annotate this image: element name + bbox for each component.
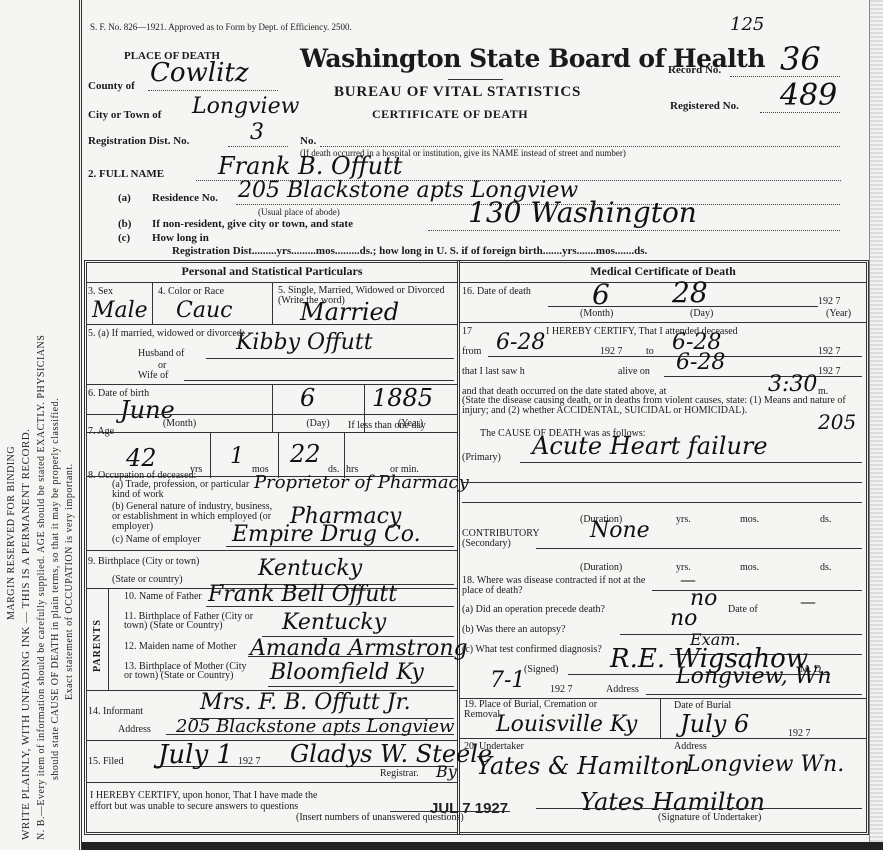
medical-heading: Medical Certificate of Death bbox=[457, 264, 869, 279]
howlong-prefix: (c) bbox=[118, 232, 130, 244]
residence-prefix: (a) bbox=[118, 192, 131, 204]
scan-bottom-edge bbox=[82, 842, 883, 850]
age-months: 1 bbox=[230, 444, 244, 469]
dod-month: 6 bbox=[592, 278, 610, 311]
date-of-value: — bbox=[800, 592, 816, 611]
sign-date: 7-1 bbox=[490, 668, 525, 693]
stamp-number: 125 bbox=[730, 14, 764, 35]
undertaker-address-value: Longview Wn. bbox=[686, 752, 844, 777]
bureau-title: BUREAU OF VITAL STATISTICS bbox=[334, 84, 581, 101]
spouse-value: Kibby Offutt bbox=[236, 330, 373, 355]
from-year: 192 7 bbox=[600, 346, 623, 357]
secondary-duration-label: (Duration) bbox=[580, 562, 622, 573]
informant-address-label: Address bbox=[118, 724, 151, 735]
city-label: City or Town of bbox=[88, 109, 161, 121]
primary-label: (Primary) bbox=[462, 452, 501, 463]
autopsy-value: no bbox=[670, 606, 697, 631]
sex-value: Male bbox=[92, 298, 148, 323]
physician-address-value: Longview, Wn bbox=[676, 664, 832, 689]
margin-occupation-text: Exact statement of OCCUPATION is very im… bbox=[64, 463, 75, 700]
father-birthplace-value: Kentucky bbox=[282, 610, 386, 635]
dod-day-caption: (Day) bbox=[690, 308, 713, 319]
footer-certify-line1: I HEREBY CERTIFY, upon honor, That I hav… bbox=[90, 790, 317, 801]
occupation-c-label: (c) Name of employer bbox=[112, 534, 201, 545]
city-value: Longview bbox=[192, 94, 299, 119]
informant-address-value: 205 Blackstone apts Longview bbox=[176, 716, 454, 737]
reg-dist-value: 3 bbox=[250, 120, 264, 145]
signed-label: (Signed) bbox=[524, 664, 558, 675]
mother-birthplace-label: 13. Birthplace of Mother (City or town) … bbox=[124, 662, 254, 680]
parents-label: PARENTS bbox=[92, 619, 103, 672]
county-label: County of bbox=[88, 80, 135, 92]
age-days: 22 bbox=[290, 440, 321, 468]
alive-on-label: alive on bbox=[618, 366, 650, 377]
dod-year: 192 7 bbox=[818, 296, 841, 307]
footer-certify-line2: effort but was unable to secure answers … bbox=[90, 801, 298, 812]
certify-number: 17 bbox=[462, 326, 472, 337]
nonresident-value: 130 Washington bbox=[468, 196, 697, 229]
residence-label: Residence No. bbox=[152, 192, 218, 204]
informant-value: Mrs. F. B. Offutt Jr. bbox=[200, 690, 411, 715]
secondary-ds-label: ds. bbox=[820, 562, 831, 573]
margin-nb-text: N. B.—Every item of information should b… bbox=[36, 335, 47, 840]
informant-label: 14. Informant bbox=[88, 706, 143, 717]
secondary-mos-label: mos. bbox=[740, 562, 759, 573]
occupation-c-value: Empire Drug Co. bbox=[232, 522, 421, 547]
mother-value: Amanda Armstrong bbox=[250, 636, 468, 661]
registrar-value: Gladys W. Steele bbox=[290, 740, 492, 768]
birthplace-state-label: (State or country) bbox=[112, 574, 183, 585]
received-date-stamp: JUL 7 1927 bbox=[430, 800, 508, 817]
date-of-label: Date of bbox=[728, 604, 758, 615]
alive-on-value: 6-28 bbox=[676, 350, 725, 375]
husband-label: Husband of bbox=[138, 348, 184, 359]
registered-value: 489 bbox=[780, 78, 837, 113]
personal-heading: Personal and Statistical Particulars bbox=[84, 264, 460, 279]
binding-margin: MARGIN RESERVED FOR BINDING WRITE PLAINL… bbox=[0, 0, 82, 850]
record-label: Record No. bbox=[668, 64, 721, 76]
nonresident-prefix: (b) bbox=[118, 218, 131, 230]
undertaker-address-label: Address bbox=[674, 741, 707, 752]
margin-write-plainly-text: WRITE PLAINLY, WITH UNFADING INK — THIS … bbox=[20, 429, 32, 840]
to-year: 192 7 bbox=[818, 346, 841, 357]
race-value: Cauc bbox=[176, 298, 232, 323]
autopsy-label: (b) Was there an autopsy? bbox=[462, 624, 565, 635]
reg-dist-label: Registration Dist. No. bbox=[88, 135, 189, 147]
time-of-death: 3:30 bbox=[768, 372, 817, 397]
dod-label: 16. Date of death bbox=[462, 286, 531, 297]
filed-value: July 1 bbox=[158, 740, 233, 770]
primary-cause-value: Acute Heart failure bbox=[532, 432, 768, 460]
margin-reserved-text: MARGIN RESERVED FOR BINDING bbox=[6, 446, 17, 620]
to-label: to bbox=[646, 346, 654, 357]
form-number: S. F. No. 826—1921. Approved as to Form … bbox=[90, 22, 352, 32]
cause-code: 205 bbox=[818, 410, 856, 434]
birthplace-label: 9. Birthplace (City or town) bbox=[88, 556, 199, 567]
primary-yrs-label: yrs. bbox=[676, 514, 691, 525]
no-label: No. bbox=[300, 135, 316, 147]
dod-year-caption: (Year) bbox=[826, 308, 851, 319]
filed-label: 15. Filed bbox=[88, 756, 124, 767]
primary-mos-label: mos. bbox=[740, 514, 759, 525]
undertaker-label: 20. Undertaker bbox=[464, 741, 524, 752]
nonresident-label: If non-resident, give city or town, and … bbox=[152, 218, 353, 230]
birthplace-value: Kentucky bbox=[258, 556, 362, 581]
father-birthplace-label: 11. Birthplace of Father (City or town) … bbox=[124, 612, 254, 630]
spouse-label: 5. (a) If married, widowed or divorced: bbox=[88, 328, 245, 339]
sex-label: 3. Sex bbox=[88, 286, 113, 297]
dod-month-caption: (Month) bbox=[580, 308, 613, 319]
occupation-a-label: (a) Trade, profession, or particular kin… bbox=[112, 480, 252, 500]
undertaker-value: Yates & Hamilton bbox=[476, 752, 690, 780]
alive-on-year: 192 7 bbox=[818, 366, 841, 377]
dob-month-caption: (Month) bbox=[87, 418, 272, 429]
dob-year: 1885 bbox=[372, 384, 433, 412]
operation-label: (a) Did an operation precede death? bbox=[462, 604, 605, 615]
howlong-line: Registration Dist.........yrs.........mo… bbox=[172, 245, 647, 257]
sign-year: 192 7 bbox=[550, 684, 573, 695]
margin-cause-text: should state CAUSE OF DEATH in plain ter… bbox=[50, 398, 61, 780]
death-certificate: MARGIN RESERVED FOR BINDING WRITE PLAINL… bbox=[0, 0, 883, 850]
age-years: 42 bbox=[126, 444, 157, 472]
wife-label: Wife of bbox=[138, 370, 168, 381]
scan-edge bbox=[869, 0, 883, 850]
primary-ds-label: ds. bbox=[820, 514, 831, 525]
undertaker-signature-label: (Signature of Undertaker) bbox=[658, 812, 761, 823]
test-label: (c) What test confirmed diagnosis? bbox=[462, 644, 602, 655]
registered-label: Registered No. bbox=[670, 100, 739, 112]
last-saw-label: that I last saw h bbox=[462, 366, 525, 377]
filed-year: 192 7 bbox=[238, 756, 261, 767]
from-value: 6-28 bbox=[496, 330, 545, 355]
certificate-title: CERTIFICATE OF DEATH bbox=[372, 107, 528, 122]
occupation-a-value: Proprietor of Pharmacy bbox=[254, 472, 469, 493]
howlong-label: How long in bbox=[152, 232, 209, 244]
dob-day: 6 bbox=[300, 384, 315, 412]
dod-day: 28 bbox=[672, 276, 708, 309]
registrar-label: Registrar. bbox=[380, 768, 419, 779]
registrar-by: By bbox=[436, 762, 457, 781]
full-name-value: Frank B. Offutt bbox=[218, 152, 402, 180]
father-value: Frank Bell Offutt bbox=[208, 582, 397, 607]
age-label: 7. Age bbox=[88, 426, 114, 437]
mother-birthplace-value: Bloomfield Ky bbox=[270, 660, 424, 685]
state-disease-instructions: (State the disease causing death, or in … bbox=[462, 396, 862, 416]
physician-address-label: Address bbox=[606, 684, 639, 695]
less-than-day-label: If less than one day bbox=[348, 420, 426, 431]
from-label: from bbox=[462, 346, 481, 357]
contributory-value: None bbox=[590, 518, 650, 543]
burial-date-value: July 6 bbox=[680, 710, 749, 738]
residence-note: (Usual place of abode) bbox=[258, 207, 340, 217]
record-value: 36 bbox=[780, 40, 821, 78]
full-name-label: 2. FULL NAME bbox=[88, 168, 164, 180]
contracted-label: 18. Where was disease contracted if not … bbox=[462, 576, 662, 596]
burial-place-text: Louisville Ky bbox=[496, 712, 637, 737]
county-value: Cowlitz bbox=[150, 58, 249, 88]
secondary-label: (Secondary) bbox=[462, 538, 511, 549]
mother-label: 12. Maiden name of Mother bbox=[124, 642, 244, 652]
marital-value: Married bbox=[300, 298, 399, 326]
race-label: 4. Color or Race bbox=[158, 286, 224, 297]
